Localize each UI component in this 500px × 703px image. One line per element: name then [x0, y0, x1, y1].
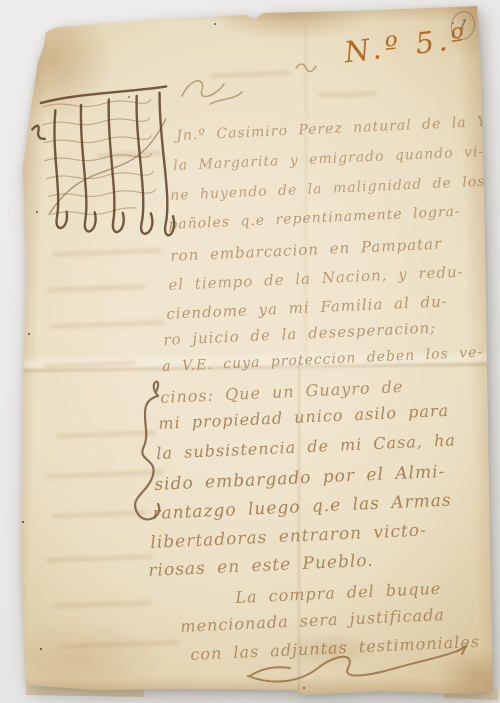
manuscript-page: N.º 5.º 1 Jn.º Casimiro Perez natural de… — [0, 0, 500, 703]
paper-shadow: N.º 5.º 1 Jn.º Casimiro Perez natural de… — [0, 0, 500, 703]
photograph-background: N.º 5.º 1 Jn.º Casimiro Perez natural de… — [0, 0, 500, 703]
foxing-specks — [0, 0, 2, 2]
invocation-scribble — [182, 64, 316, 104]
crossed-out-marginal-note — [30, 86, 174, 242]
